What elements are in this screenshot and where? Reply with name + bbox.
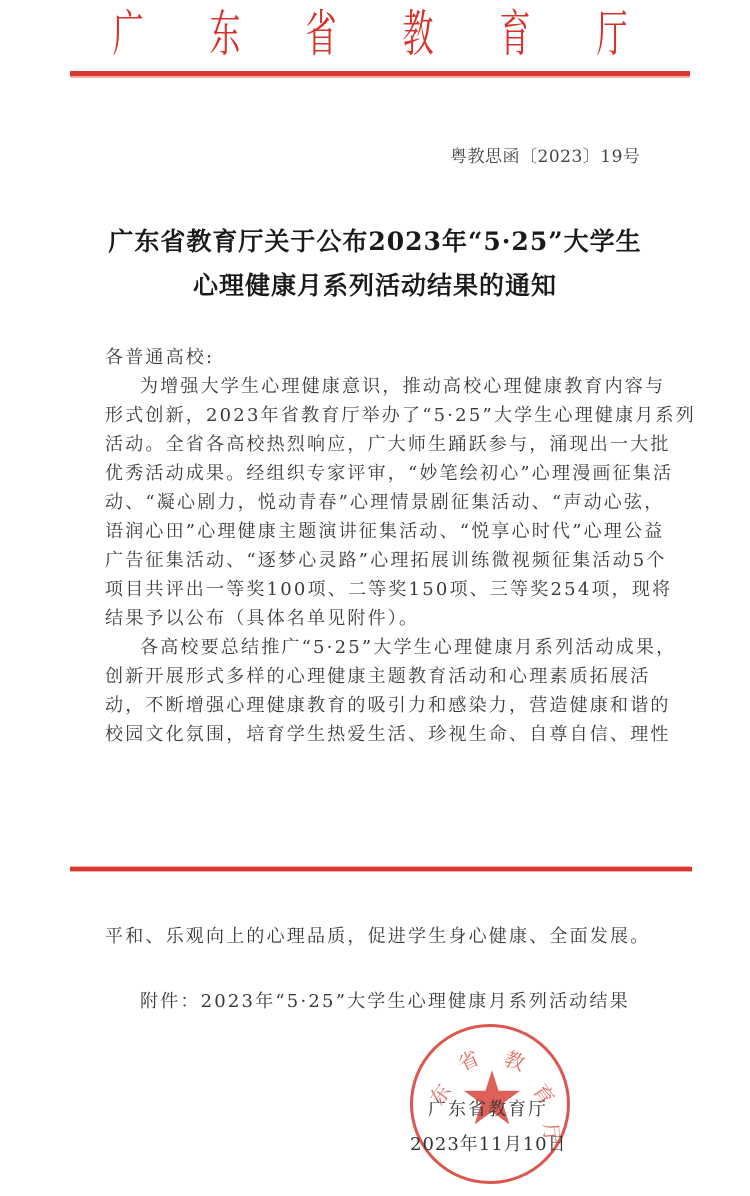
body-line: 语润心田”心理健康主题演讲征集活动、“悦享心时代”心理公益 [105, 517, 664, 546]
document-title-line-1: 广东省教育厅关于公布2023年“5·25”大学生 [0, 222, 750, 258]
page-divider-red-rule [70, 867, 692, 871]
body-line: 各高校要总结推广“5·25”大学生心理健康月系列活动成果， [140, 633, 676, 662]
salutation: 各普通高校: [105, 343, 214, 372]
body-continuation: 平和、乐观向上的心理品质，促进学生身心健康、全面发展。 [105, 922, 650, 951]
body-line: 创新开展形式多样的心理健康主题教育活动和心理素质拓展活 [105, 662, 650, 691]
masthead: 广 东 省 教 育 厅 [0, 0, 750, 66]
masthead-char: 东 [206, 4, 243, 64]
masthead-char: 育 [496, 4, 533, 64]
body-line: 形式创新，2023年省教育厅举办了“5·25”大学生心理健康月系列 [105, 401, 696, 430]
body-line: 结果予以公布（具体名单见附件）。 [105, 604, 419, 633]
masthead-char: 省 [302, 4, 339, 64]
body-line: 校园文化氛围，培育学生热爱生活、珍视生命、自尊自信、理性 [105, 720, 671, 749]
masthead-red-rule [70, 71, 690, 76]
body-line: 项目共评出一等奖100项、二等奖150项、三等奖254项，现将 [105, 575, 672, 604]
body-line: 优秀活动成果。经组织专家评审，“妙笔绘初心”心理漫画征集活 [105, 459, 673, 488]
masthead-char: 教 [399, 4, 436, 64]
body-line: 动、“凝心剧力，悦动青春”心理情景剧征集活动、“声动心弦， [105, 488, 664, 517]
masthead-char: 广 [109, 4, 146, 64]
masthead-char: 厅 [593, 4, 630, 64]
body-line: 动，不断增强心理健康教育的吸引力和感染力，营造健康和谐的 [105, 691, 671, 720]
document-number: 粤教思函〔2023〕19号 [450, 142, 640, 167]
body-line: 广告征集活动、“逐梦心灵路”心理拓展训练微视频征集活动5个 [105, 546, 667, 575]
signature-org: 广东省教育厅 [428, 1095, 548, 1121]
signature-date: 2023年11月10日 [410, 1130, 567, 1156]
document-title-line-2: 心理健康月系列活动结果的通知 [0, 266, 750, 302]
body-line: 活动。全省各高校热烈响应，广大师生踊跃参与，涌现出一大批 [105, 430, 671, 459]
attachment-note: 附件：2023年“5·25”大学生心理健康月系列活动结果 [140, 987, 630, 1016]
body-line: 为增强大学生心理健康意识，推动高校心理健康教育内容与 [140, 372, 665, 401]
